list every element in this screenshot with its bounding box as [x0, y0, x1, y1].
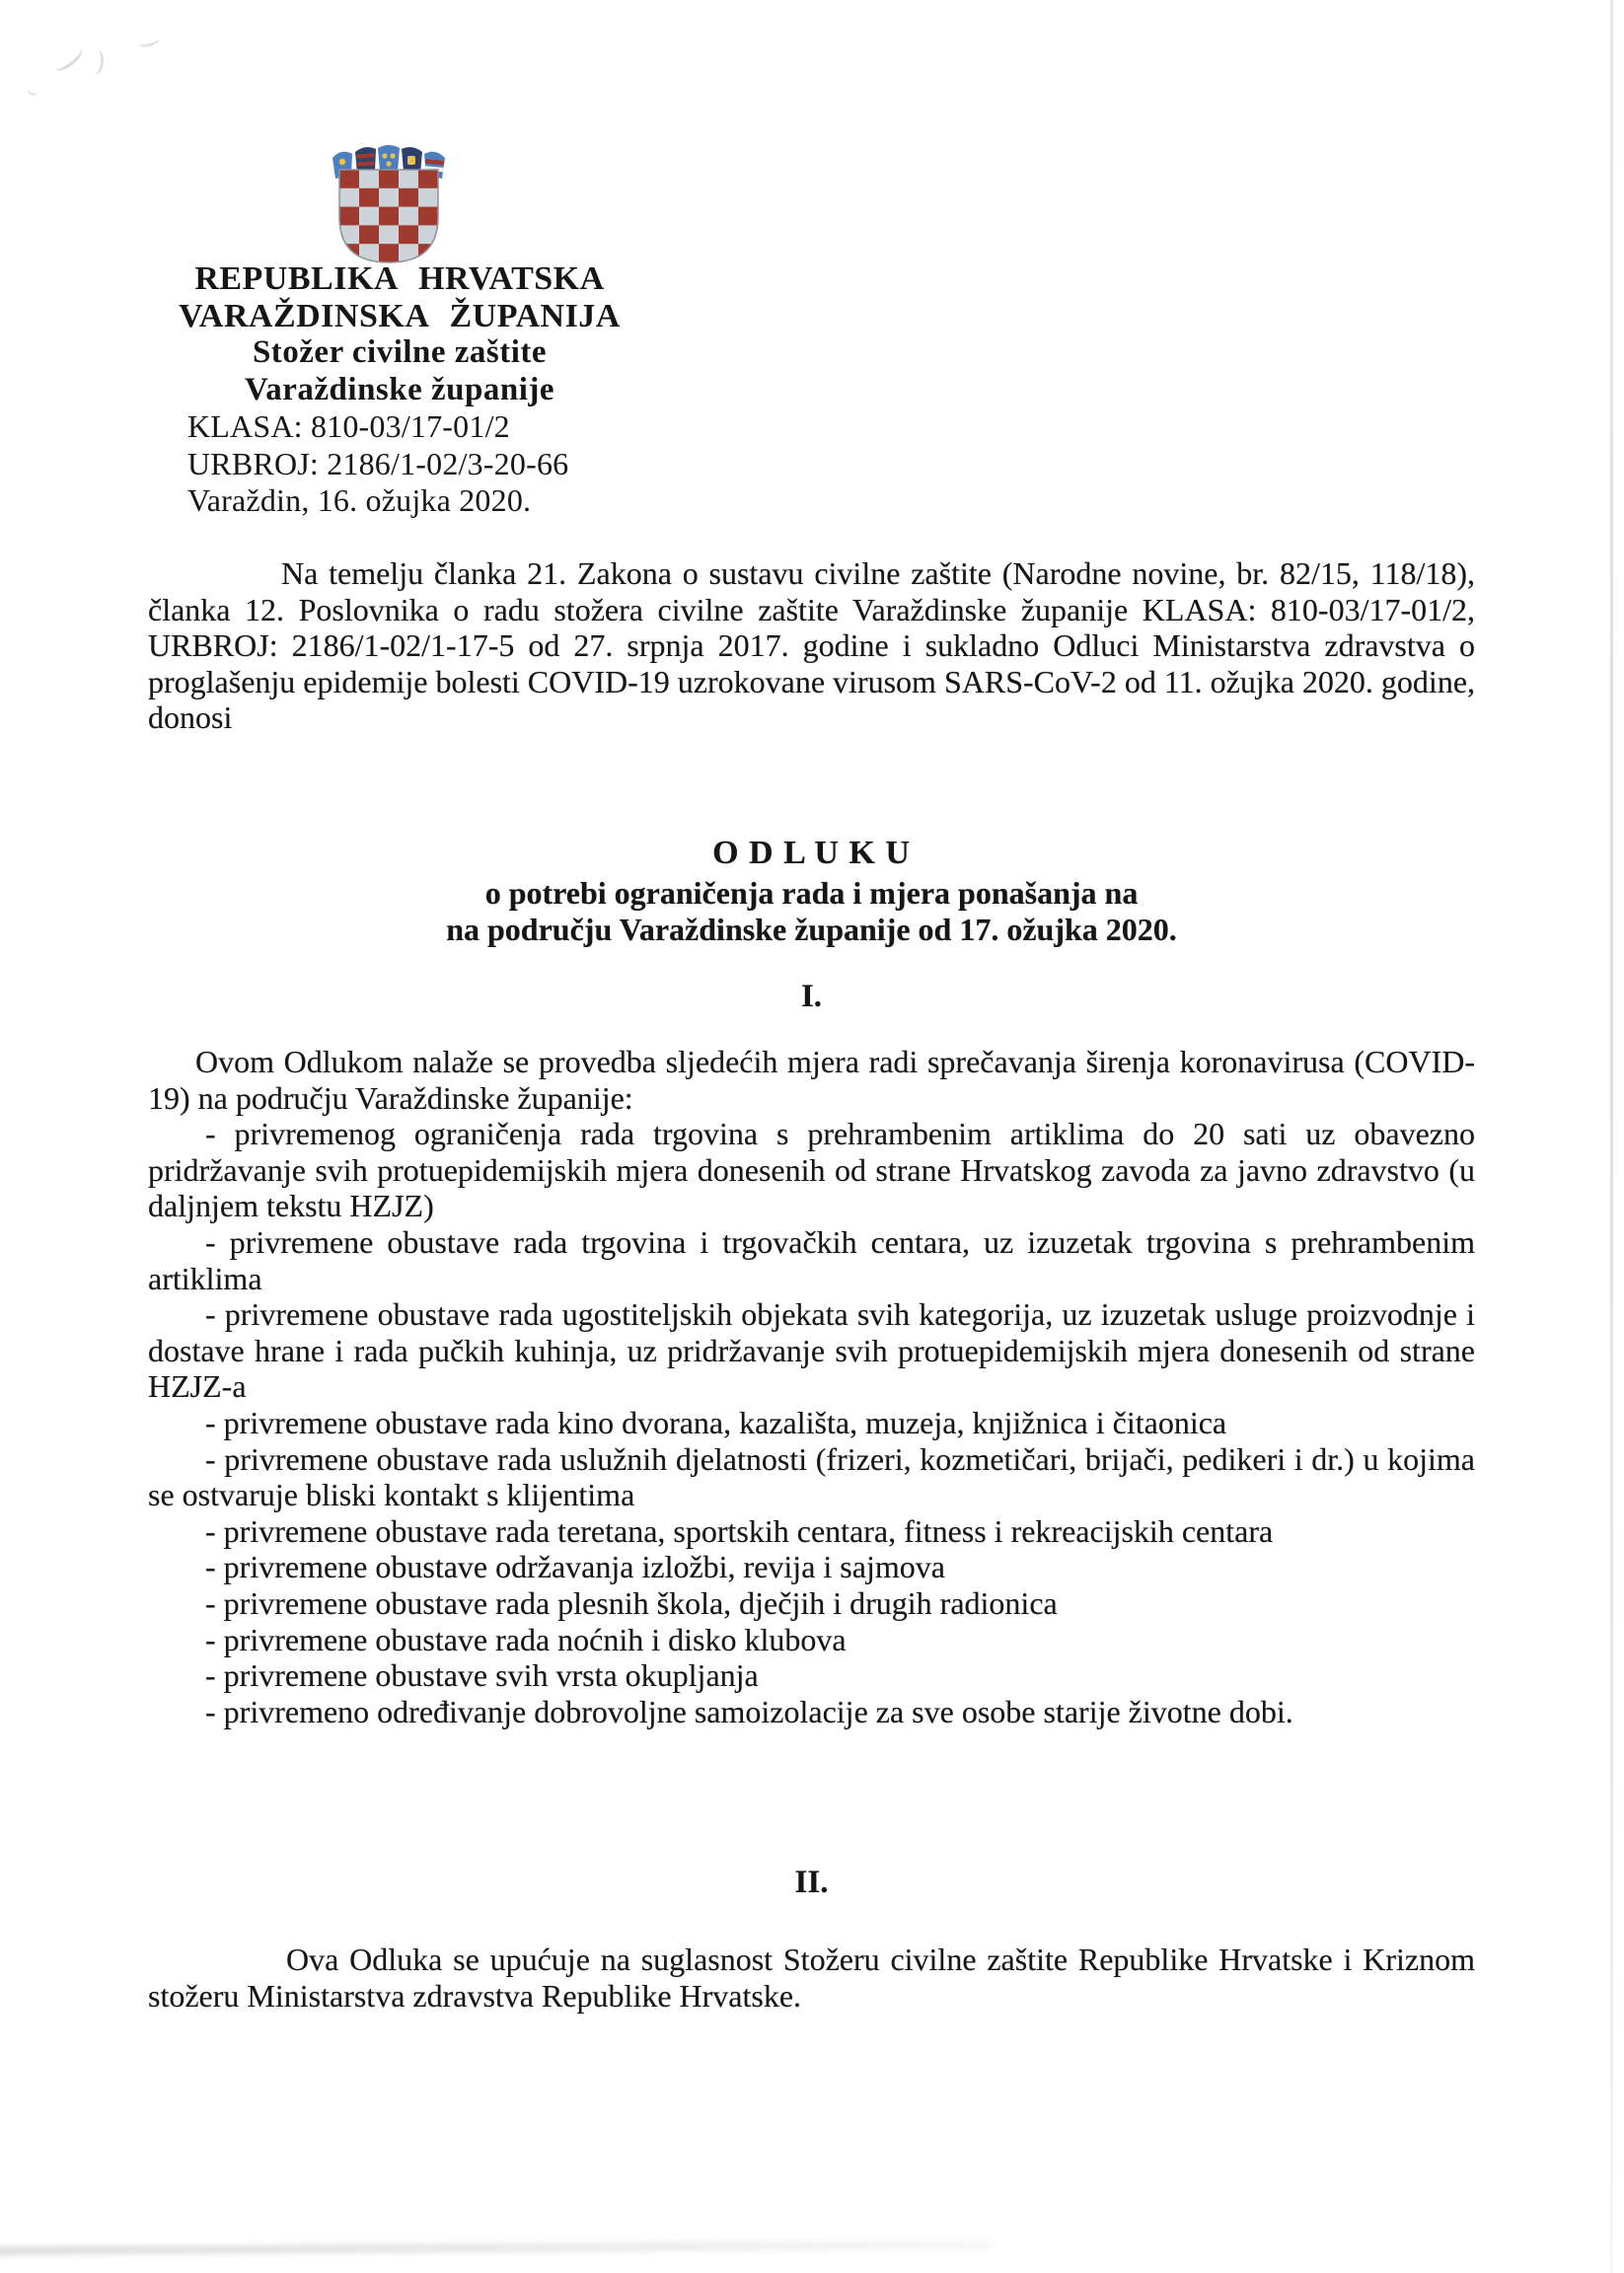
- letterhead: REPUBLIKA HRVATSKA VARAŽDINSKA ŽUPANIJA …: [168, 260, 631, 520]
- doc-place-date: Varaždin, 16. ožujka 2020.: [168, 482, 631, 520]
- measure-item: - privremene obustave rada plesnih škola…: [148, 1585, 1475, 1622]
- letterhead-county: VARAŽDINSKA ŽUPANIJA: [168, 298, 631, 335]
- measure-item: - privremene obustave rada ugostiteljski…: [148, 1296, 1475, 1405]
- section-i-intro: Ovom Odlukom nalaže se provedba sljedeći…: [148, 1044, 1475, 1116]
- letterhead-org-line2: Varaždinske županije: [168, 372, 631, 409]
- coa-shield: [339, 170, 438, 262]
- measure-item: - privremene obustave rada noćnih i disk…: [148, 1622, 1475, 1658]
- section-ii-body: Ova Odluka se upućuje na suglasnost Stož…: [148, 1942, 1475, 2014]
- preamble: Na temelju članka 21. Zakona o sustavu c…: [148, 555, 1475, 736]
- section-i-body: Ovom Odlukom nalaže se provedba sljedeći…: [148, 1044, 1475, 1729]
- measure-item: - privremene obustave rada teretana, spo…: [148, 1513, 1475, 1550]
- letterhead-country: REPUBLIKA HRVATSKA: [168, 260, 631, 298]
- decision-subtitle-1: o potrebi ograničenja rada i mjera ponaš…: [148, 875, 1475, 912]
- croatian-coat-of-arms-icon: [329, 144, 449, 270]
- scan-pen-mark: [50, 42, 86, 75]
- decision-title: O D L U K U: [148, 832, 1475, 875]
- scan-edge-line: [1610, 0, 1613, 2273]
- section-i-number: I.: [148, 979, 1475, 1015]
- scan-pen-mark: [85, 48, 105, 76]
- section-ii-number: II.: [148, 1865, 1475, 1901]
- letterhead-org-line1: Stožer civilne zaštite: [168, 334, 631, 372]
- measure-item: - privremene obustave rada trgovina i tr…: [148, 1224, 1475, 1296]
- doc-urbroj: URBROJ: 2186/1-02/3-20-66: [168, 446, 631, 483]
- doc-klasa: KLASA: 810-03/17-01/2: [168, 408, 631, 446]
- measure-item: - privremene obustave svih vrsta okuplja…: [148, 1657, 1475, 1694]
- preamble-paragraph: Na temelju članka 21. Zakona o sustavu c…: [148, 555, 1475, 736]
- section-ii-paragraph: Ova Odluka se upućuje na suglasnost Stož…: [148, 1942, 1475, 2014]
- scanned-document-page: REPUBLIKA HRVATSKA VARAŽDINSKA ŽUPANIJA …: [0, 0, 1624, 2273]
- scan-pen-mark: [137, 33, 161, 48]
- scan-pen-mark: [27, 86, 38, 98]
- decision-subtitle-2: na području Varaždinske županije od 17. …: [148, 912, 1475, 948]
- measure-item: - privremene obustave rada uslužnih djel…: [148, 1441, 1475, 1513]
- scan-bottom-shadow: [0, 2240, 992, 2255]
- measure-item: - privremeno određivanje dobrovoljne sam…: [148, 1694, 1475, 1730]
- measure-item: - privremene obustave rada kino dvorana,…: [148, 1405, 1475, 1441]
- measure-item: - privremene obustave održavanja izložbi…: [148, 1549, 1475, 1585]
- decision-title-block: O D L U K U o potrebi ograničenja rada i…: [148, 832, 1475, 948]
- measure-item: - privremenog ograničenja rada trgovina …: [148, 1116, 1475, 1224]
